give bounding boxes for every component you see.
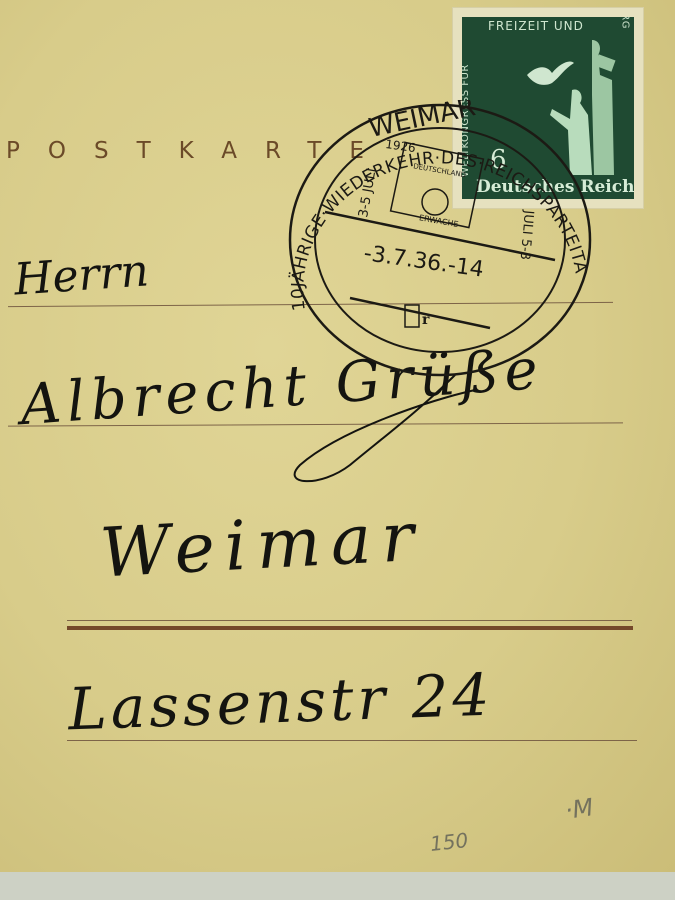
postmark-emblem-text: ERWACHE [418,213,459,229]
pencil-price-note: 150 [429,828,469,856]
street-handwriting: Lassenstr 24 [67,661,494,744]
postmark-date: -3.7.36.-14 [362,241,485,283]
background-surface [0,872,675,900]
address-line-3 [67,620,632,621]
postcard: POSTKARTE Herrn Albrecht Grüße Weimar La… [0,0,675,872]
postmark-city: WEIMAR [366,100,478,144]
postmark-year: 1926 [384,137,416,155]
salutation-handwriting: Herrn [12,245,150,305]
stamp-right-text: ERHOLUNG·HAMBURG [619,17,630,29]
address-underline-thick [67,626,633,630]
postmark-ring-text: 10JÄHRIGE·WIEDERKEHR·DES·REICHSPARTEITAG… [285,100,591,312]
pencil-mark-note: ·M [563,793,595,825]
postmark-right-date-text: JULI 5-3 [517,209,536,261]
signature-loop-stroke [280,370,480,490]
svg-text:10JÄHRIGE·WIEDERKEHR·DES·REICH: 10JÄHRIGE·WIEDERKEHR·DES·REICHSPARTEITAG… [285,100,591,312]
city-handwriting: Weimar [98,498,426,594]
stamp-top-text: FREIZEIT UND [488,19,630,33]
postmark-cancellation: 10JÄHRIGE·WIEDERKEHR·DES·REICHSPARTEITAG… [285,100,595,380]
postmark-code: r [422,312,430,328]
